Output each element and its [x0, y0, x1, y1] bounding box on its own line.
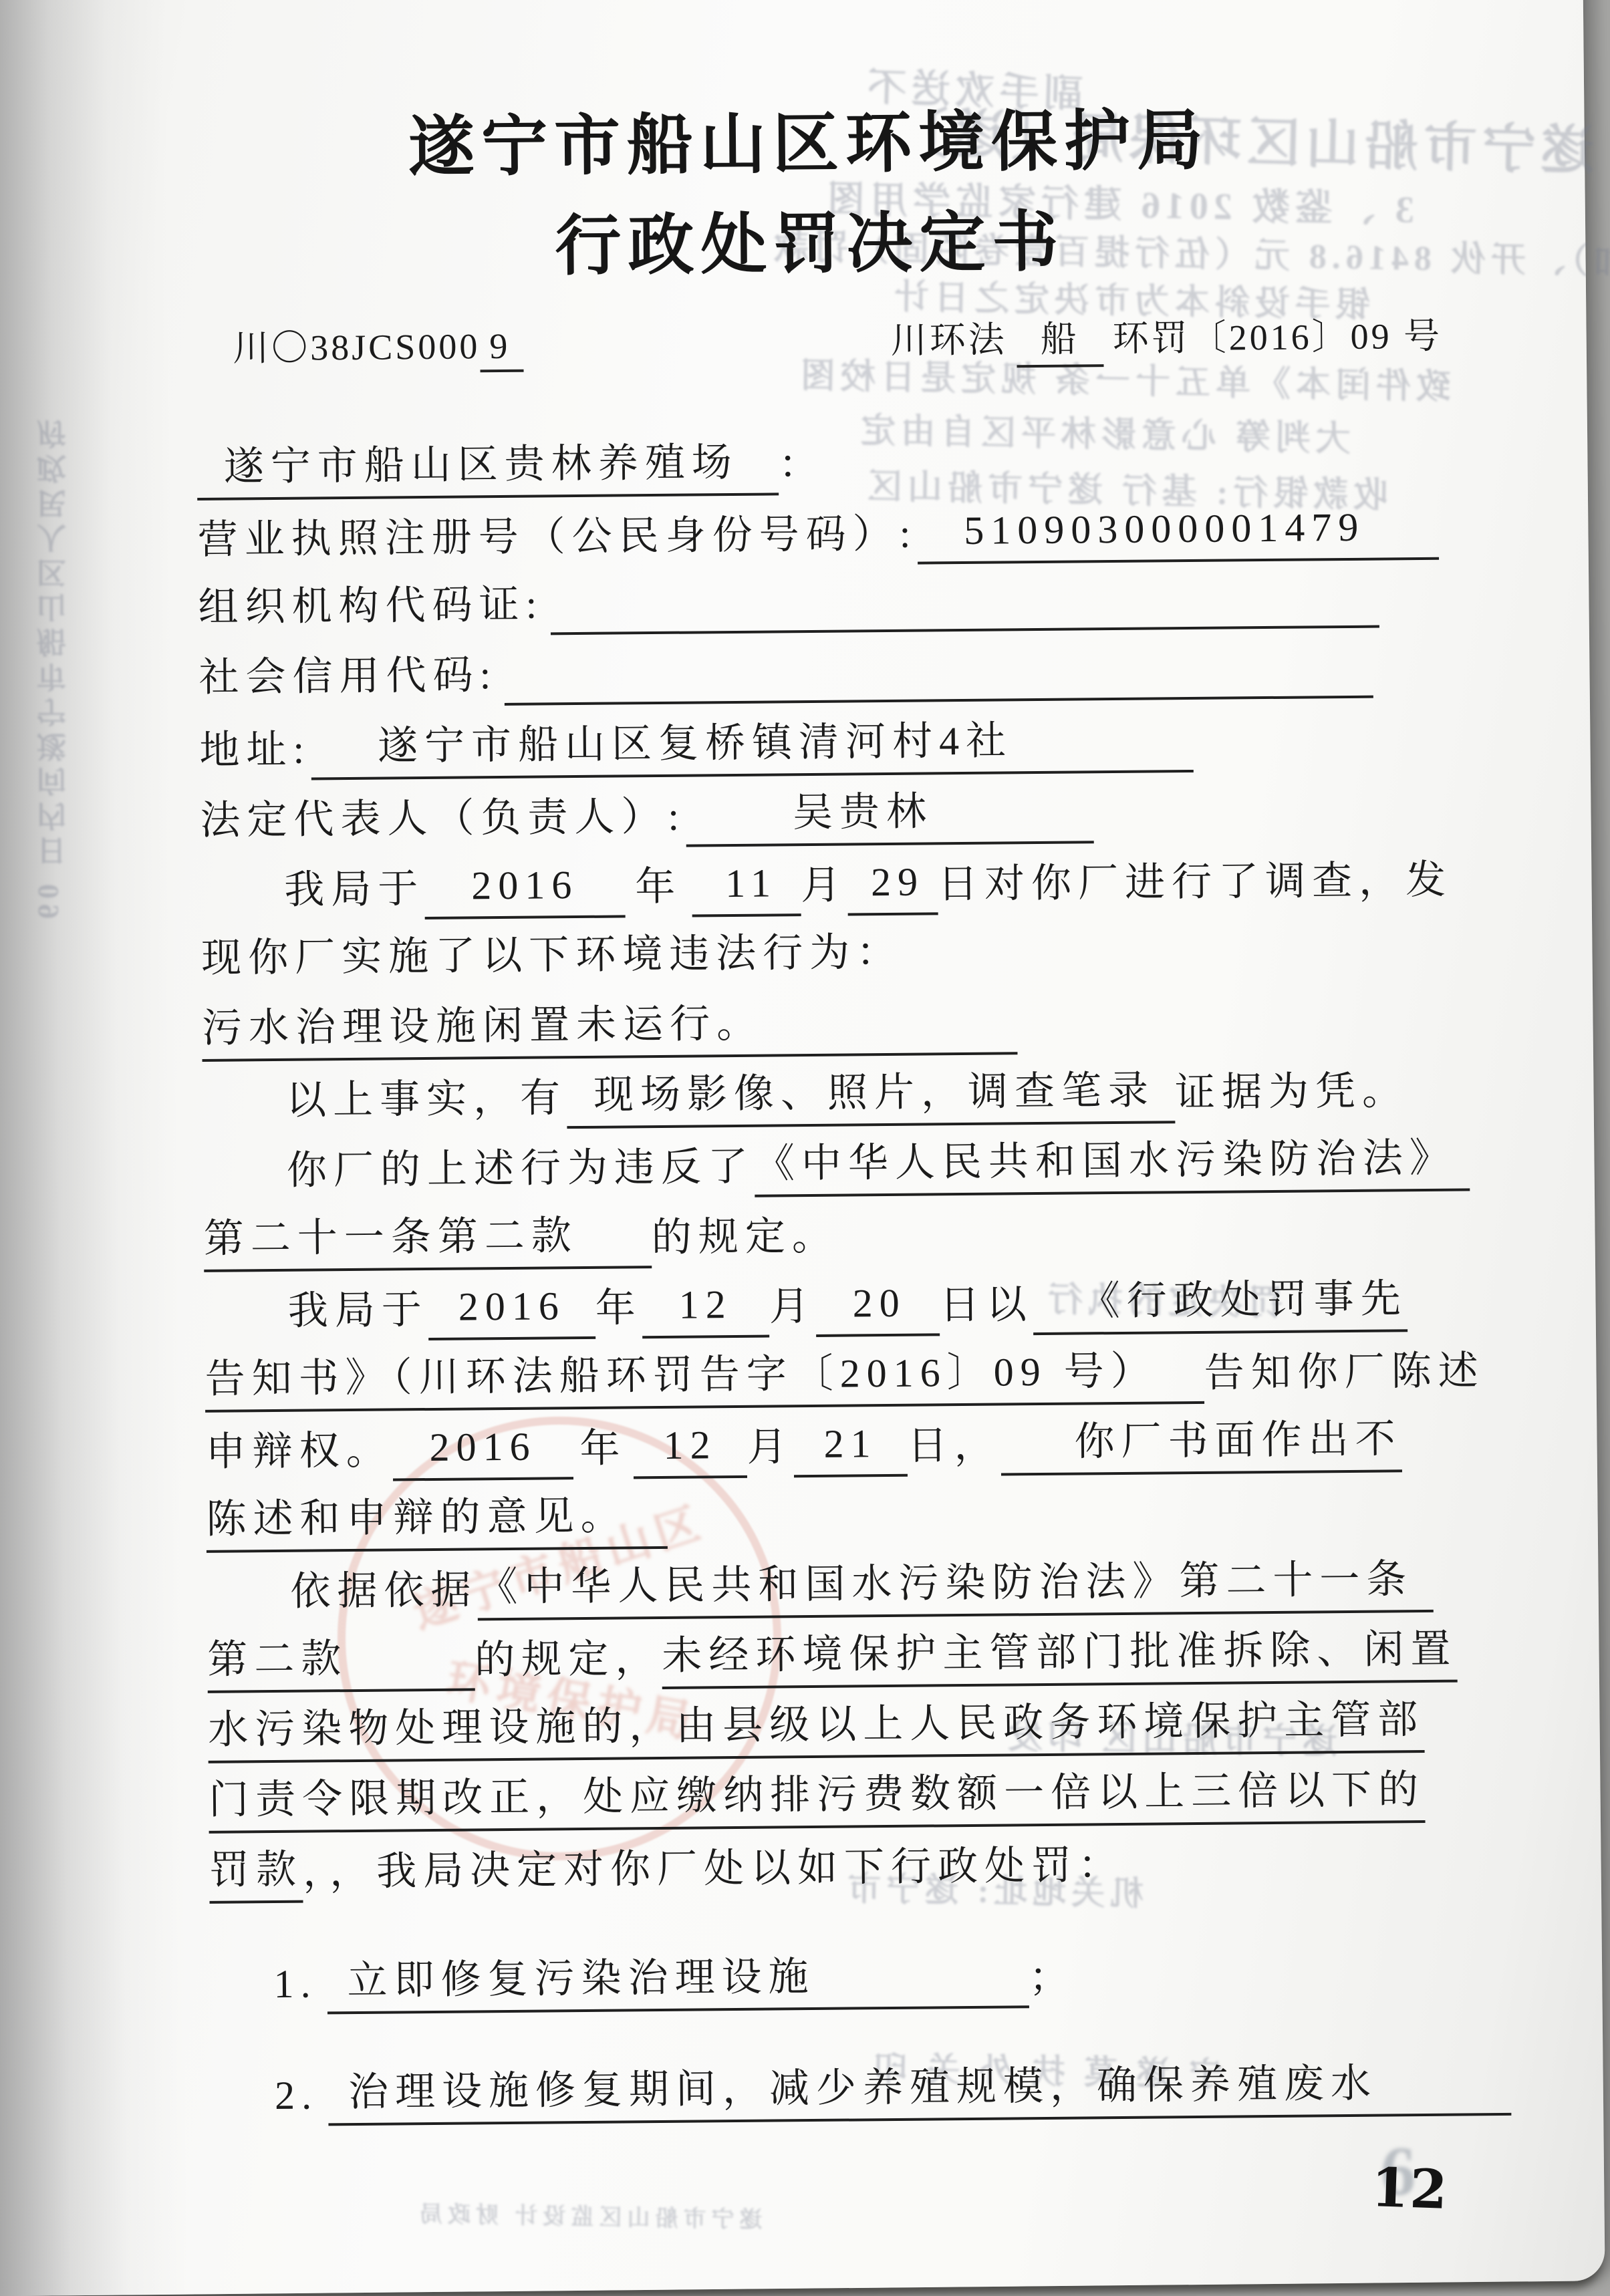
- text-run: ，，我局决定对你厂处以如下行政处罚：: [303, 1834, 1125, 1903]
- line-org-code: 组织机构代码证:: [198, 565, 1555, 647]
- line-legal-basis-2: 第二十一条第二款的规定。: [203, 1196, 1561, 1278]
- underlined-field: 你厂书面作出不: [1000, 1408, 1402, 1475]
- text-run: 申辩权。: [205, 1419, 393, 1482]
- text-run: 的规定。: [651, 1205, 839, 1268]
- line-decision-basis-1: 依据依据《中华人民共和国水污染防治法》第二十一条: [207, 1547, 1564, 1629]
- underlined-field: 水污染物处理设施的，由县级以上人民政务环境保护主管部: [208, 1689, 1425, 1763]
- underlined-field: 罚款: [209, 1839, 303, 1904]
- underlined-field: 《行政处罚事先: [1033, 1268, 1407, 1335]
- doc-number-left-fill: 9: [480, 325, 524, 373]
- text-run: 社会信用代码:: [198, 644, 497, 708]
- text-run: 的规定，: [475, 1628, 662, 1691]
- underlined-field: 污水治理设施闲置未运行。: [202, 990, 1018, 1062]
- underlined-field: 吴贵林: [686, 779, 1094, 847]
- line-investigation-2: 现你厂实施了以下环境违法行为：: [201, 915, 1559, 998]
- text-run: 年: [579, 1417, 627, 1479]
- text-run: 告知你厂陈述: [1204, 1340, 1485, 1404]
- underlined-field: 陈述和申辩的意见。: [206, 1485, 668, 1553]
- line-decision-basis-2: 第二款的规定，未经环境保护主管部门批准拆除、闲置: [207, 1617, 1565, 1699]
- text-run: 日对你厂进行了调查，发: [938, 849, 1453, 915]
- text-run: 证据为凭。: [1175, 1060, 1410, 1123]
- underlined-field: 遂宁市船山区贵林养殖场: [196, 431, 779, 500]
- text-run: 地址:: [199, 719, 311, 781]
- document-title-line2: 行政处罚决定书: [194, 190, 1425, 301]
- line-address: 地址:遂宁市船山区复桥镇清河村4社: [199, 705, 1557, 787]
- doc-number-right: 川环法船环罚〔2016〕09 号: [890, 307, 1442, 369]
- page-number-stamp: 12: [1370, 2156, 1450, 2221]
- text-run: 2.: [275, 2064, 319, 2126]
- underlined-field: 遂宁市船山区复桥镇清河村4社: [311, 708, 1194, 780]
- document-number-row: 川〇38JCS0009 川环法船环罚〔2016〕09 号: [196, 306, 1553, 375]
- text-run: 日以: [939, 1274, 1033, 1336]
- underlined-field: 2016: [424, 853, 626, 919]
- underlined-field: 未经环境保护主管部门批准拆除、闲置: [662, 1618, 1458, 1689]
- text-run: 月: [769, 1276, 816, 1338]
- line-decision-basis-5: 罚款，，我局决定对你厂处以如下行政处罚：: [209, 1828, 1567, 1910]
- text-run: ；: [1029, 1947, 1076, 2009]
- doc-number-right-prefix: 川环法: [890, 319, 1007, 361]
- underlined-field: 11: [692, 852, 801, 917]
- doc-number-right-fill: 船: [1016, 310, 1103, 368]
- line-penalty-item-2: 2.治理设施修复期间，减少养殖规模，确保养殖废水: [211, 2051, 1569, 2133]
- document-title-line1: 遂宁市船山区环境保护局: [194, 90, 1424, 200]
- text-run: 年: [635, 856, 682, 918]
- line-legal-rep: 法定代表人（负责人）:吴贵林: [200, 775, 1557, 857]
- underlined-field: 21: [793, 1413, 908, 1477]
- line-penalty-item-1: 1.立即修复污染治理设施；: [210, 1939, 1567, 2021]
- text-run: ：: [778, 434, 825, 496]
- line-notice-2: 告知书》（川环法船环罚告字〔2016〕09 号）告知你厂陈述: [205, 1336, 1562, 1419]
- underlined-field: 2016: [428, 1275, 595, 1340]
- line-legal-basis-1: 你厂的上述行为违反了《中华人民共和国水污染防治法》: [203, 1126, 1561, 1208]
- underlined-field: 第二款: [207, 1626, 475, 1693]
- book-spine-shadow: [0, 0, 188, 2296]
- text-run: 年: [595, 1277, 642, 1339]
- text-run: 月: [747, 1416, 794, 1478]
- underlined-field: 治理设施修复期间，减少养殖规模，确保养殖废水: [328, 2051, 1512, 2126]
- text-run: 1.: [273, 1953, 317, 2015]
- line-recipient: 遂宁市船山区贵林养殖场：: [196, 424, 1554, 507]
- doc-number-left: 川〇38JCS0009: [233, 317, 524, 375]
- underlined-field: [551, 625, 1379, 635]
- text-run: 法定代表人（负责人）:: [200, 786, 686, 851]
- document-body: 遂宁市船山区贵林养殖场：营业执照注册号（公民身份号码）:510903000001…: [196, 424, 1568, 2133]
- line-credit-code: 社会信用代码:: [198, 635, 1556, 717]
- text-run: 我局于: [287, 1279, 428, 1342]
- text-run: 我局于: [284, 858, 425, 921]
- text-run: 组织机构代码证:: [198, 573, 543, 638]
- line-decision-basis-3: 水污染物处理设施的，由县级以上人民政务环境保护主管部: [208, 1687, 1565, 1769]
- underlined-field: 510903000001479: [917, 496, 1439, 565]
- line-decision-basis-4: 门责令限期改正，处应缴纳排污费数额一倍以上三倍以下的: [209, 1757, 1566, 1840]
- underlined-field: 门责令限期改正，处应缴纳排污费数额一倍以上三倍以下的: [209, 1759, 1426, 1834]
- text-run: 日，: [907, 1415, 1001, 1477]
- underlined-field: 立即修复污染治理设施: [327, 1944, 1029, 2014]
- underlined-field: 12: [633, 1414, 747, 1479]
- underlined-field: 2016: [392, 1415, 573, 1481]
- underlined-field: 12: [642, 1274, 769, 1339]
- document-content: 遂宁市船山区环境保护局 行政处罚决定书 川〇38JCS0009 川环法船环罚〔2…: [194, 88, 1568, 2133]
- underlined-field: 告知书》（川环法船环罚告字〔2016〕09 号）: [205, 1340, 1204, 1413]
- line-violation: 污水治理设施闲置未运行。: [202, 986, 1559, 1068]
- text-run: 以上事实，有: [286, 1067, 567, 1131]
- underlined-field: 第二十一条第二款: [203, 1204, 652, 1272]
- line-notice-1: 我局于2016年12月20日以《行政处罚事先: [204, 1266, 1561, 1348]
- scanned-document-page: { "document": { "title_line1": "遂宁市船山区环境…: [0, 0, 1610, 2296]
- underlined-field: 29: [847, 851, 938, 915]
- text-run: 依据依据: [290, 1559, 478, 1622]
- text-run: 月: [801, 855, 848, 917]
- text-run: 你厂的上述行为违反了: [287, 1136, 755, 1201]
- underlined-field: 现场影像、照片，调查笔录: [567, 1059, 1176, 1129]
- doc-number-right-suffix: 环罚〔2016〕09 号: [1112, 316, 1442, 359]
- underlined-field: [505, 696, 1373, 706]
- text-run: 营业执照注册号（公民身份号码）:: [197, 503, 917, 571]
- underlined-field: 20: [815, 1272, 940, 1337]
- underlined-field: 《中华人民共和国水污染防治法》第二十一条: [477, 1548, 1434, 1620]
- text-run: 现你厂实施了以下环境违法行为：: [201, 921, 904, 989]
- line-investigation-1: 我局于2016年11月29日对你厂进行了调查，发: [200, 845, 1558, 927]
- line-notice-4: 陈述和申辩的意见。: [206, 1477, 1563, 1559]
- underlined-field: 《中华人民共和国水污染防治法》: [755, 1127, 1470, 1197]
- doc-number-left-prefix: 川〇38JCS000: [233, 326, 481, 368]
- line-evidence: 以上事实，有现场影像、照片，调查笔录证据为凭。: [203, 1056, 1560, 1138]
- line-license-no: 营业执照注册号（公民身份号码）:510903000001479: [197, 494, 1555, 577]
- line-notice-3: 申辩权。2016年12月21日，你厂书面作出不: [205, 1407, 1563, 1489]
